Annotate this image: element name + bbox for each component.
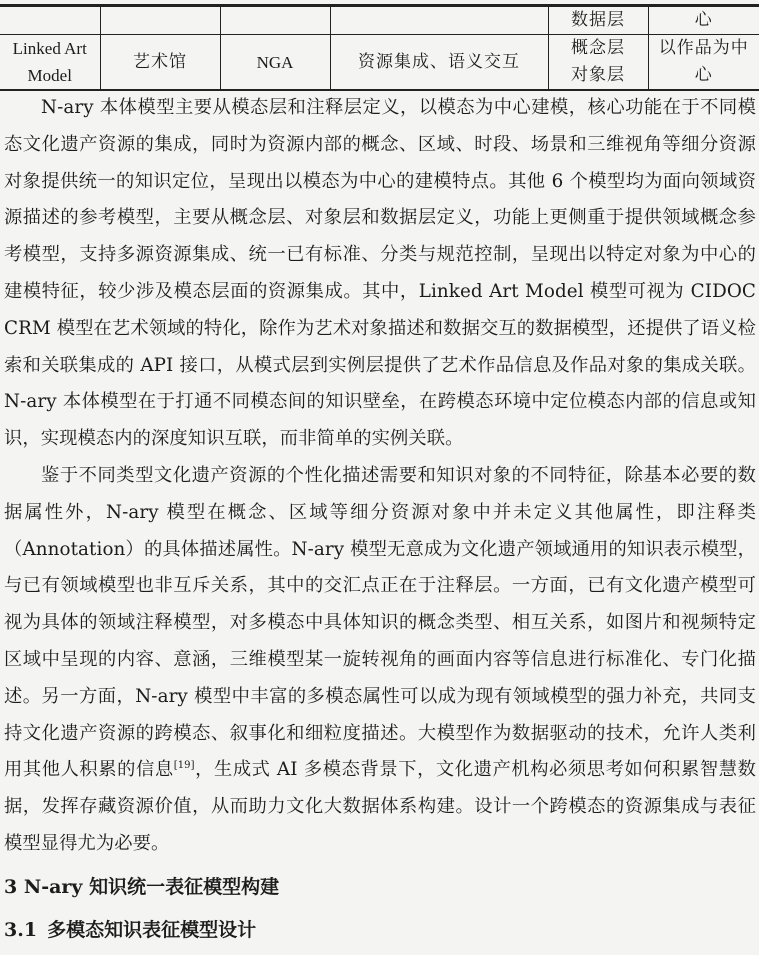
model-comparison-table: 数据层 心 Linked Art Model 艺术馆 NGA 资源集成、语义交互…	[0, 4, 759, 91]
subsection-number: 3.1	[4, 919, 37, 941]
paragraph: N-ary 本体模型主要从模态层和注释层定义，以模态为中心建模，核心功能在于不同…	[4, 90, 756, 458]
table-cell-layer: 数据层	[548, 6, 648, 35]
table-row: 数据层 心	[0, 6, 759, 35]
table-cell-feature: 以作品为中心	[648, 35, 759, 91]
table-cell-institution: 艺术馆	[100, 35, 220, 91]
subsection-title: 多模态知识表征模型设计	[47, 919, 256, 941]
subsection-heading: 3.1多模态知识表征模型设计	[4, 915, 256, 942]
table-cell	[220, 6, 330, 35]
table-cell	[330, 6, 548, 35]
layer-label: 对象层	[549, 62, 648, 89]
paragraph-text: 鉴于不同类型文化遗产资源的个性化描述需要和知识对象的不同特征，除基本必要的数据属…	[4, 465, 756, 780]
table-cell-org: NGA	[220, 35, 330, 91]
table-row: Linked Art Model 艺术馆 NGA 资源集成、语义交互 概念层 对…	[0, 35, 759, 91]
body-text: N-ary 本体模型主要从模态层和注释层定义，以模态为中心建模，核心功能在于不同…	[4, 90, 756, 863]
citation-ref[interactable]: [19]	[174, 760, 195, 771]
paragraph: 鉴于不同类型文化遗产资源的个性化描述需要和知识对象的不同特征，除基本必要的数据属…	[4, 458, 756, 863]
table-cell	[100, 6, 220, 35]
table-cell-layers: 概念层 对象层	[548, 35, 648, 91]
table-cell-model: Linked Art Model	[0, 35, 100, 91]
table-cell-function: 资源集成、语义交互	[330, 35, 548, 91]
section-heading: 3 N-ary 知识统一表征模型构建	[4, 872, 279, 899]
layer-label: 概念层	[549, 35, 648, 62]
table-cell	[0, 6, 100, 35]
table-cell-feature: 心	[648, 6, 759, 35]
